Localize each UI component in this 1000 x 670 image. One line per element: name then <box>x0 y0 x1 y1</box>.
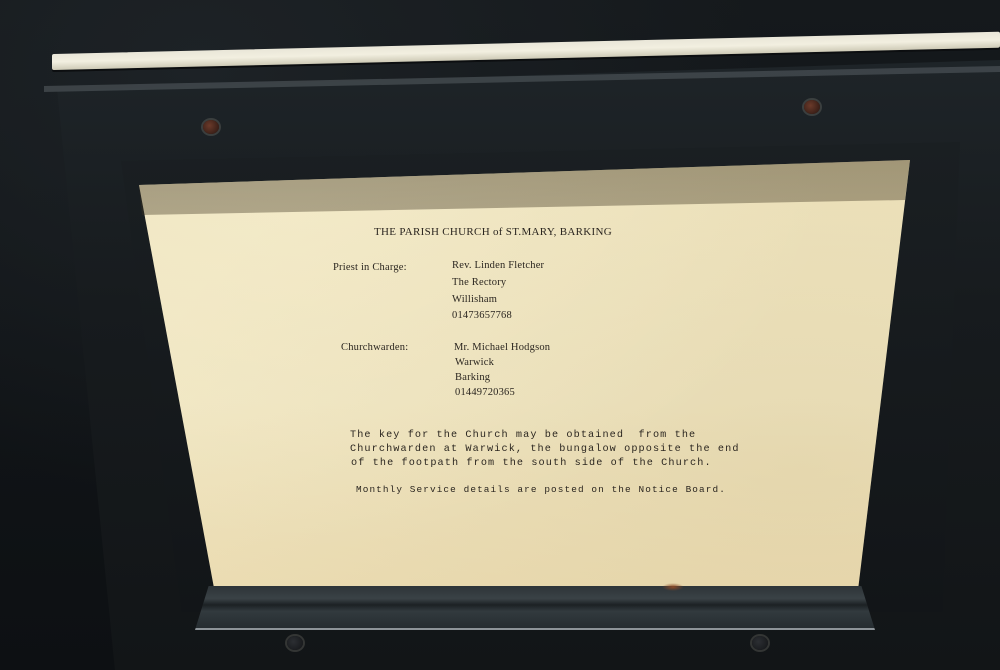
notice-footer: Monthly Service details are posted on th… <box>356 484 726 495</box>
screw-icon <box>203 120 219 134</box>
churchwarden-name: Mr. Michael Hodgson <box>454 342 550 353</box>
frame-bottom-rail <box>195 586 875 630</box>
key-paragraph-line-3: of the footpath from the south side of t… <box>351 458 712 469</box>
churchwarden-address-1: Warwick <box>455 357 494 368</box>
churchwarden-label: Churchwarden: <box>341 342 408 353</box>
churchwarden-address-2: Barking <box>455 372 490 383</box>
photo-scene: THE PARISH CHURCH of ST.MARY, BARKING Pr… <box>0 0 1000 670</box>
key-paragraph-line-2: Churchwarden at Warwick, the bungalow op… <box>350 444 740 455</box>
key-paragraph-line-1: The key for the Church may be obtained f… <box>350 430 696 441</box>
rust-stain <box>662 583 684 591</box>
priest-address-2: Willisham <box>452 294 497 305</box>
screw-icon <box>287 636 303 650</box>
notice-title: THE PARISH CHURCH of ST.MARY, BARKING <box>374 226 612 238</box>
priest-name: Rev. Linden Fletcher <box>452 260 544 271</box>
priest-label: Priest in Charge: <box>333 262 407 273</box>
priest-address-1: The Rectory <box>452 277 506 288</box>
screw-icon <box>752 636 768 650</box>
screw-icon <box>804 100 820 114</box>
priest-phone: 01473657768 <box>452 310 512 321</box>
churchwarden-phone: 01449720365 <box>455 387 515 398</box>
